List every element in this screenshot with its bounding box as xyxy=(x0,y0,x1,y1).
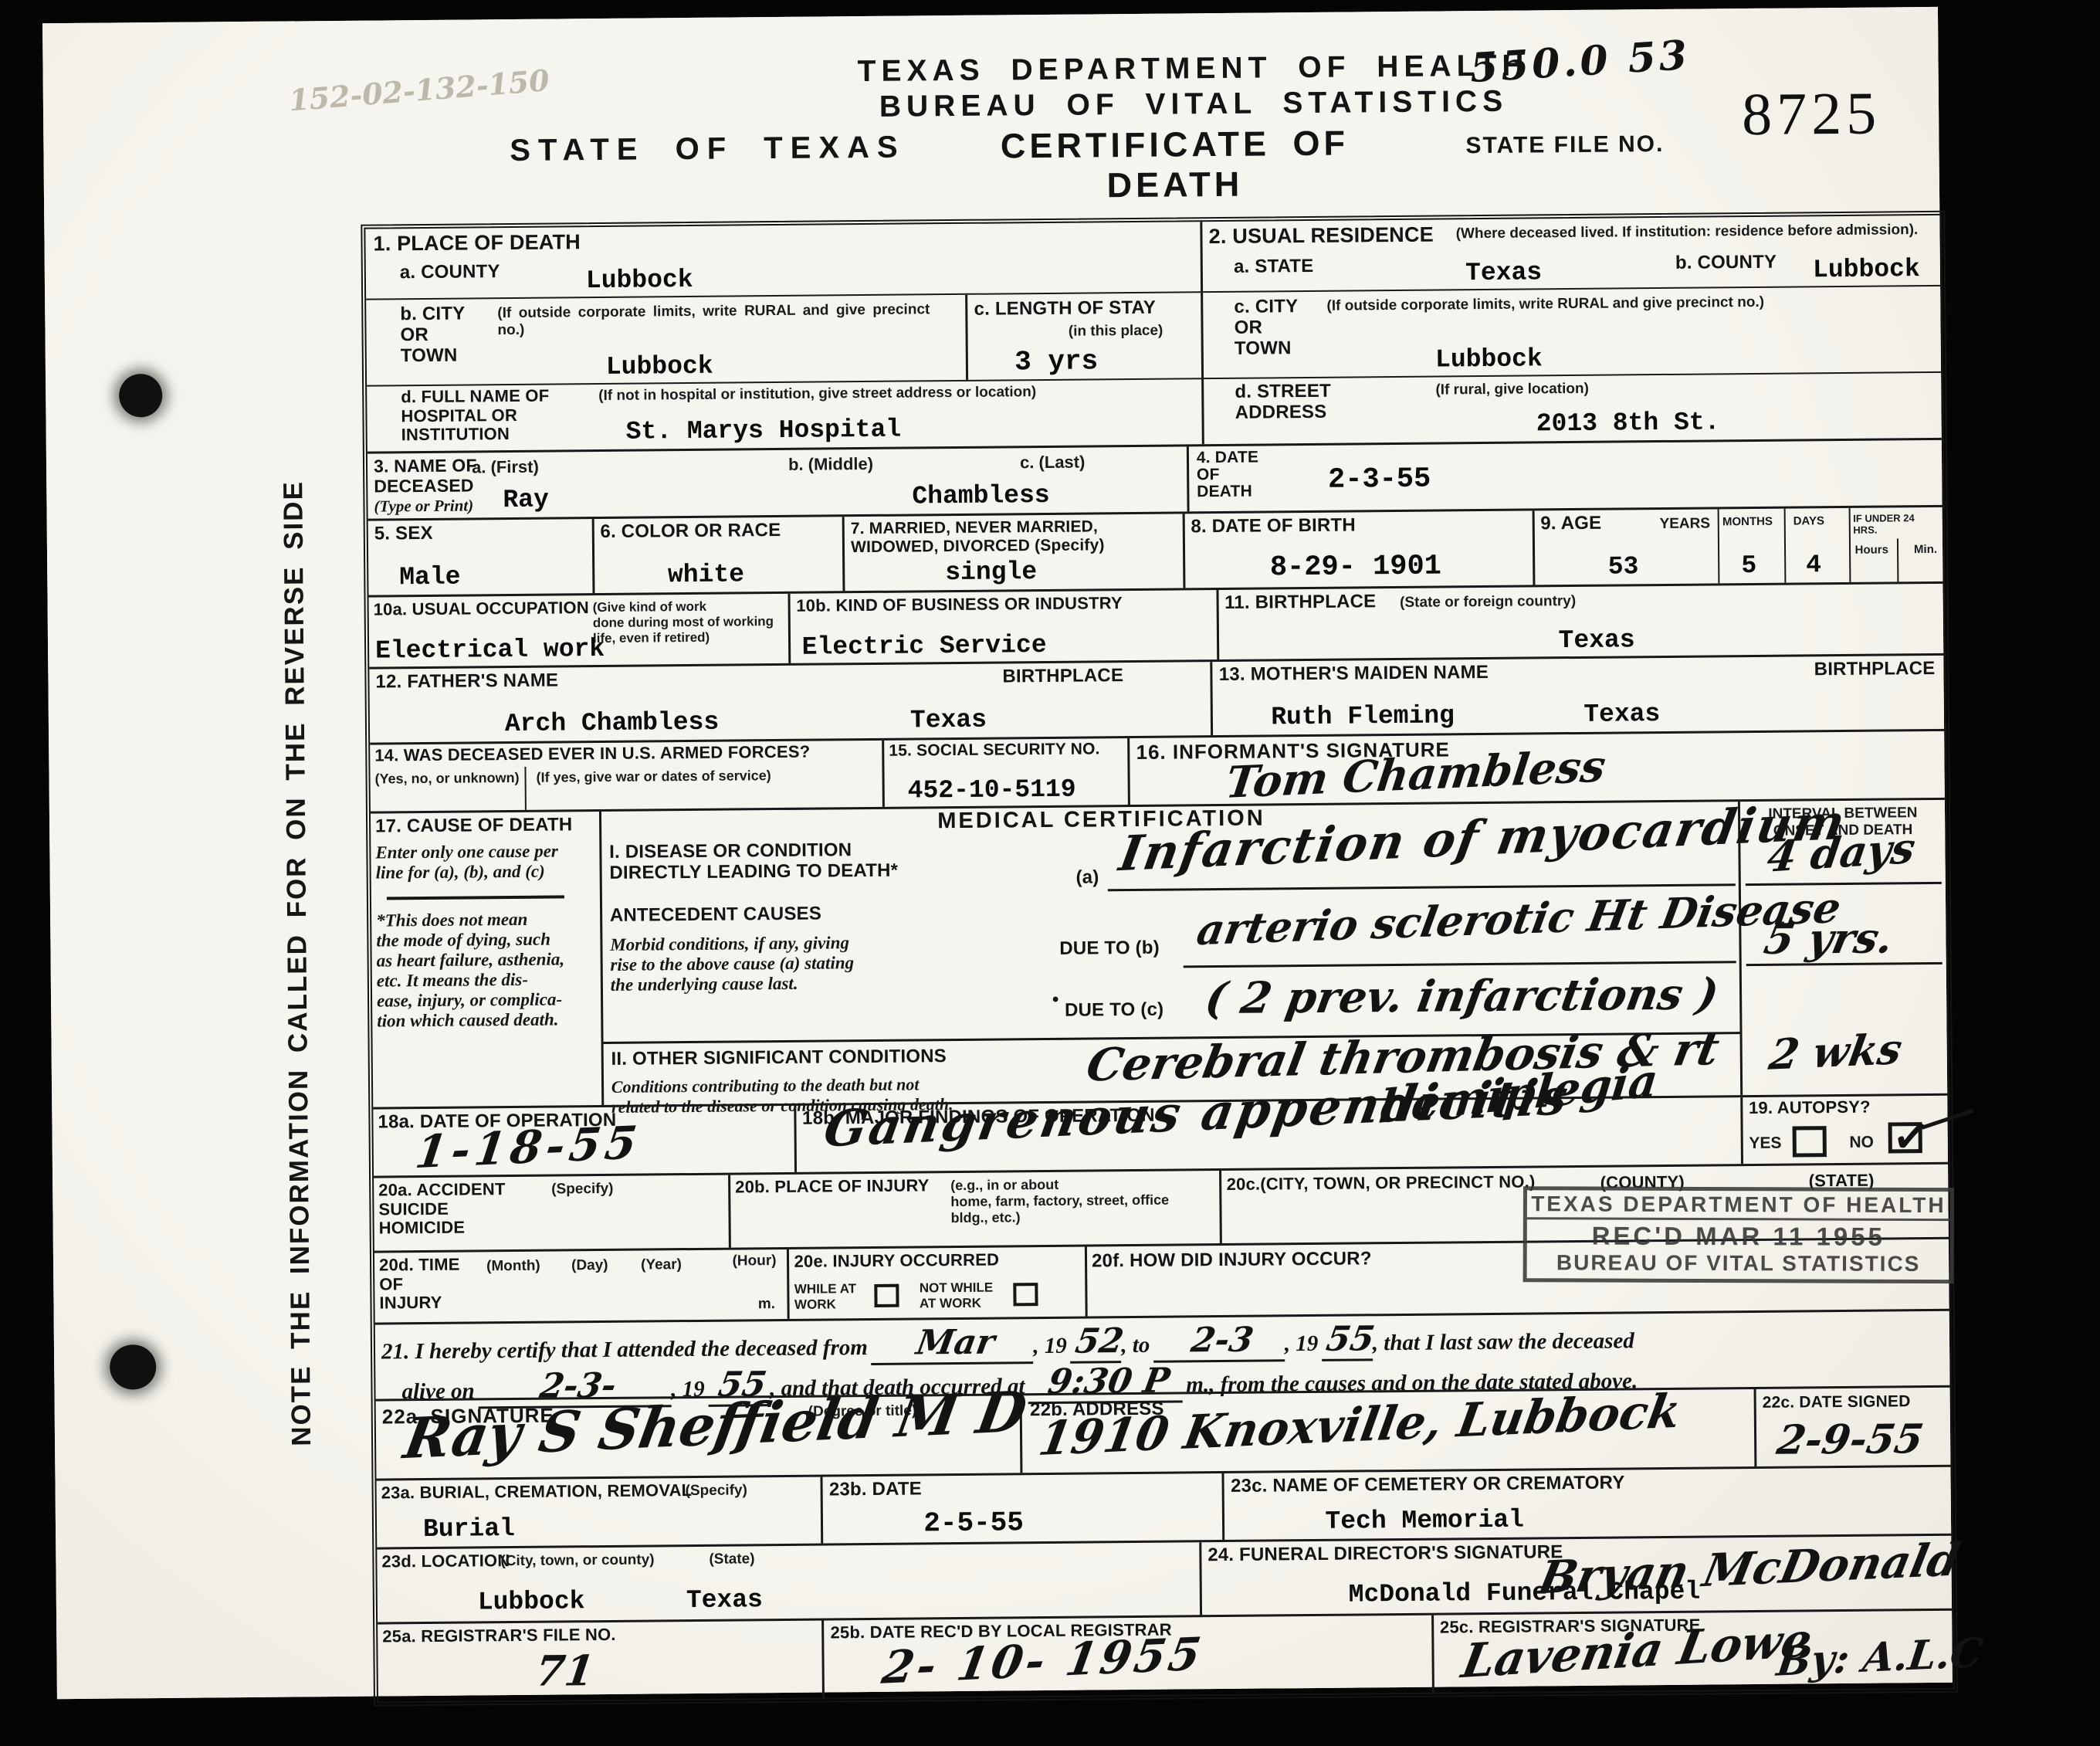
field-age-under-24: IF UNDER 24 HRS. Hours Min. xyxy=(1848,507,1943,582)
time-injury-year-label: (Year) xyxy=(641,1256,682,1274)
age-months-label: MONTHS xyxy=(1722,515,1773,529)
field-interval-onset-death: INTERVAL BETWEEN ONSET AND DEATH 4 days … xyxy=(1738,800,1949,1095)
time-injury-hour-label: (Hour) xyxy=(732,1253,776,1270)
field-autopsy: 19. AUTOPSY? YES NO ✓ xyxy=(1740,1096,1949,1164)
field-color-or-race: 6. COLOR OR RACE white xyxy=(591,517,842,593)
field-place-city: b. CITY OR TOWN (If outside corporate li… xyxy=(366,295,966,385)
interval-ii-value: 2 wks xyxy=(1766,1024,1905,1080)
field-residence-city: c. CITY OR TOWN (If outside corporate li… xyxy=(1203,286,1942,379)
place-injury-label: 20b. PLACE OF INJURY xyxy=(735,1176,930,1197)
place-city-paren: (If outside corporate limits, write RURA… xyxy=(497,301,930,340)
row-certify-statement: 21. I hereby certify that I attended the… xyxy=(375,1309,1951,1399)
place-of-death-title: 1. PLACE OF DEATH xyxy=(373,230,581,256)
row-demographics: 5. SEX Male 6. COLOR OR RACE white 7. MA… xyxy=(368,505,1944,595)
field-burial-date: 23b. DATE 2-5-55 xyxy=(821,1473,1223,1544)
field-birthplace: 11. BIRTHPLACE (State or foreign country… xyxy=(1216,584,1944,659)
cause-b-line xyxy=(1184,961,1736,968)
field-hospital-name: d. FULL NAME OF HOSPITAL OR INSTITUTION … xyxy=(367,379,1202,449)
place-city-label: b. CITY OR TOWN xyxy=(400,304,466,367)
occupation-value: Electrical work xyxy=(375,635,605,666)
field-street-address: d. STREET ADDRESS (If rural, give locati… xyxy=(1204,373,1942,442)
mother-name-value: Ruth Fleming xyxy=(1271,701,1455,731)
pencil-annotation: 152-02-132-150 xyxy=(288,63,551,117)
location-paren: (City, town, or county) xyxy=(500,1551,654,1570)
certificate-title: CERTIFICATE OF DEATH xyxy=(923,123,1426,208)
autopsy-yes-label: YES xyxy=(1749,1134,1781,1154)
department-line-2: BUREAU OF VITAL STATISTICS xyxy=(692,83,1695,126)
not-while-at-work-checkbox xyxy=(1014,1283,1038,1306)
birthplace-label: 11. BIRTHPLACE xyxy=(1224,592,1376,614)
field-time-of-injury: 20d. TIME OF INJURY (Month) (Day) (Year)… xyxy=(374,1249,787,1323)
certify-fill-to: 2-3 xyxy=(1153,1320,1285,1362)
last-name-label: c. (Last) xyxy=(1020,453,1086,473)
cause-of-death-label: 17. CAUSE OF DEATH xyxy=(375,815,572,837)
accident-paren: (Specify) xyxy=(551,1181,613,1198)
how-injury-label: 20f. HOW DID INJURY OCCUR? xyxy=(1092,1249,1372,1272)
length-of-stay-value: 3 yrs xyxy=(1014,345,1098,378)
while-at-work-checkbox xyxy=(875,1284,899,1307)
field-place-of-death: 1. PLACE OF DEATH a. COUNTY Lubbock b. C… xyxy=(365,222,1202,451)
field-place-of-injury: 20b. PLACE OF INJURY (e.g., in or about … xyxy=(728,1171,1220,1248)
mother-birthplace-label: BIRTHPLACE xyxy=(1814,659,1936,680)
residence-state-label: a. STATE xyxy=(1234,256,1314,278)
industry-label: 10b. KIND OF BUSINESS OR INDUSTRY xyxy=(796,594,1123,615)
cause-a-tag: (a) xyxy=(1075,867,1099,888)
autopsy-no-label: NO xyxy=(1849,1134,1874,1153)
marital-value: single xyxy=(945,558,1037,587)
cause-c-tag: DUE TO (c) xyxy=(1065,1000,1163,1022)
registrar-by-value: By: A.L.C xyxy=(1774,1629,1986,1686)
cemetery-label: 23c. NAME OF CEMETERY OR CREMATORY xyxy=(1231,1473,1625,1497)
ssn-label: 15. SOCIAL SECURITY NO. xyxy=(889,740,1100,760)
cause-c-value: ( 2 prev. infarctions ) xyxy=(1201,968,1722,1024)
cause-note1: Enter only one cause per line for (a), (… xyxy=(375,841,558,883)
autopsy-yes-checkbox xyxy=(1792,1126,1826,1157)
street-address-paren: (If rural, give location) xyxy=(1435,381,1589,399)
certificate-form: 1. PLACE OF DEATH a. COUNTY Lubbock b. C… xyxy=(361,211,1958,1707)
certify-fill-fromyear: 52 xyxy=(1070,1321,1121,1364)
burial-date-label: 23b. DATE xyxy=(829,1479,922,1500)
certify-to-value: 2-3 xyxy=(1188,1321,1256,1361)
field-accident-suicide-homicide: 20a. ACCIDENT SUICIDE HOMICIDE (Specify) xyxy=(374,1175,729,1251)
field-burial-type: 23a. BURIAL, CREMATION, REMOVAL (Specify… xyxy=(377,1477,821,1548)
field-cause-of-death-notes: 17. CAUSE OF DEATH Enter only one cause … xyxy=(371,812,601,1107)
burial-value: Burial xyxy=(423,1514,515,1544)
time-injury-day-label: (Day) xyxy=(571,1257,608,1275)
ssn-value: 452-10-5119 xyxy=(908,775,1076,805)
time-injury-m-label: m. xyxy=(758,1296,775,1314)
hole-punch-bottom xyxy=(110,1344,157,1390)
time-injury-label: 20d. TIME OF INJURY xyxy=(379,1256,460,1314)
burial-date-value: 2-5-55 xyxy=(923,1507,1024,1539)
age-min-label: Min. xyxy=(1914,543,1937,557)
cause-note2: *This does not mean the mode of dying, s… xyxy=(376,909,565,1031)
field-armed-forces: 14. WAS DECEASED EVER IN U.S. ARMED FORC… xyxy=(370,741,882,812)
field-usual-occupation: 10a. USUAL OCCUPATION (Give kind of work… xyxy=(369,594,788,667)
certify-text-3: , to xyxy=(1121,1333,1150,1358)
field-length-of-stay: c. LENGTH OF STAY (in this place) 3 yrs xyxy=(965,293,1201,380)
armed-forces-label: 14. WAS DECEASED EVER IN U.S. ARMED FORC… xyxy=(374,743,810,766)
field-registrar-date: 25b. DATE REC'D BY LOCAL REGISTRAR 2- 10… xyxy=(821,1615,1431,1698)
first-name-value: Ray xyxy=(503,486,549,515)
certify-text-2: , 19 xyxy=(1033,1334,1067,1358)
certify-time-value: 9:30 P xyxy=(1045,1361,1173,1402)
father-birthplace-value: Texas xyxy=(910,706,987,735)
field-registrar-signature: 25c. REGISTRAR'S SIGNATURE Lavenia Lowe … xyxy=(1431,1611,1953,1693)
field-physician-signature: 22a. SIGNATURE (Degree or title) Ray S S… xyxy=(376,1395,1021,1478)
street-address-value: 2013 8th St. xyxy=(1536,408,1720,438)
street-address-label: d. STREET ADDRESS xyxy=(1235,381,1331,424)
age-days-value: 4 xyxy=(1806,551,1821,579)
occupation-label: 10a. USUAL OCCUPATION xyxy=(374,598,589,619)
stamp-line-3: BUREAU OF VITAL STATISTICS xyxy=(1527,1250,1950,1276)
race-label: 6. COLOR OR RACE xyxy=(600,520,781,543)
race-value: white xyxy=(668,560,744,589)
dob-value: 8-29- 1901 xyxy=(1270,551,1441,585)
marital-label: 7. MARRIED, NEVER MARRIED, WIDOWED, DIVO… xyxy=(851,517,1105,556)
field-registrar-file-no: 25a. REGISTRAR'S FILE NO. 71 xyxy=(378,1621,822,1702)
age-hours-label: Hours xyxy=(1855,543,1888,557)
certify-fill-from: Mar xyxy=(871,1322,1033,1365)
registrar-file-label: 25a. REGISTRAR'S FILE NO. xyxy=(382,1626,616,1646)
location-state-value: Texas xyxy=(686,1585,763,1615)
cause-b-tag: DUE TO (b) xyxy=(1059,938,1160,960)
residence-city-paren: (If outside corporate limits, write RURA… xyxy=(1326,293,1882,315)
morbid-conditions-note: Morbid conditions, if any, giving rise t… xyxy=(610,933,854,995)
mother-birthplace-value: Texas xyxy=(1583,700,1660,729)
armed-forces-paren1: (Yes, no, or unknown) xyxy=(374,770,519,788)
place-city-value: Lubbock xyxy=(606,352,713,381)
certify-fill-time: 9:30 P xyxy=(1028,1361,1183,1404)
father-birthplace-label: BIRTHPLACE xyxy=(1002,666,1123,687)
autopsy-label: 19. AUTOPSY? xyxy=(1749,1098,1871,1118)
registrar-file-value: 71 xyxy=(533,1646,598,1696)
field-mother-name: 13. MOTHER'S MAIDEN NAME BIRTHPLACE Ruth… xyxy=(1211,656,1945,735)
certify-toyear-value: 55 xyxy=(1323,1319,1377,1359)
burial-label: 23a. BURIAL, CREMATION, REMOVAL xyxy=(381,1481,693,1503)
age-under24-label: IF UNDER 24 HRS. xyxy=(1853,512,1938,537)
accident-label: 20a. ACCIDENT SUICIDE HOMICIDE xyxy=(378,1180,506,1238)
certify-from-value: Mar xyxy=(913,1323,997,1363)
industry-value: Electric Service xyxy=(802,631,1047,662)
occupation-paren: (Give kind of work done during most of w… xyxy=(593,598,787,646)
age-label: 9. AGE xyxy=(1540,514,1601,535)
sex-label: 5. SEX xyxy=(374,524,433,545)
residence-city-value: Lubbock xyxy=(1435,344,1543,374)
field-business-industry: 10b. KIND OF BUSINESS OR INDUSTRY Electr… xyxy=(787,590,1217,663)
father-name-label: 12. FATHER'S NAME xyxy=(375,670,558,693)
field-injury-occurred: 20e. INJURY OCCURRED WHILE AT WORK NOT W… xyxy=(787,1247,1085,1319)
place-county-label: a. COUNTY xyxy=(400,262,500,283)
cause-c-dot: • xyxy=(1052,990,1059,1011)
row-place-residence: 1. PLACE OF DEATH a. COUNTY Lubbock b. C… xyxy=(365,215,1942,452)
field-certify-statement: 21. I hereby certify that I attended the… xyxy=(375,1311,1951,1399)
middle-name-label: b. (Middle) xyxy=(788,454,873,475)
not-while-at-work-label: NOT WHILE AT WORK xyxy=(920,1280,994,1312)
name-type-or-print: (Type or Print) xyxy=(374,496,473,516)
age-days-label: DAYS xyxy=(1793,514,1824,528)
stamp-line-1: TEXAS DEPARTMENT OF HEALTH xyxy=(1527,1190,1950,1221)
certify-fromyear-value: 52 xyxy=(1072,1321,1126,1361)
certify-text-4: , 19 xyxy=(1285,1331,1319,1356)
usual-residence-paren: (Where deceased lived. If institution: r… xyxy=(1456,222,1919,243)
time-injury-month-label: (Month) xyxy=(486,1258,540,1276)
other-significant-label: II. OTHER SIGNIFICANT CONDITIONS xyxy=(611,1046,947,1070)
last-name-value: Chambless xyxy=(912,481,1050,511)
certify-fill-toyear: 55 xyxy=(1321,1319,1372,1361)
hospital-paren: (If not in hospital or institution, give… xyxy=(598,383,1139,405)
place-county-value: Lubbock xyxy=(586,266,693,295)
certify-text-5: , that I last saw the deceased xyxy=(1373,1328,1634,1355)
hole-punch-top xyxy=(119,374,162,417)
mother-name-label: 13. MOTHER'S MAIDEN NAME xyxy=(1219,663,1489,686)
field-age-years: 9. AGE YEARS 53 xyxy=(1532,509,1719,585)
residence-county-value: Lubbock xyxy=(1813,255,1920,284)
film-scan-background: 152-02-132-150 TEXAS DEPARTMENT OF HEALT… xyxy=(0,0,2100,1746)
field-date-signed: 22c. DATE SIGNED 2-9-55 xyxy=(1754,1388,1952,1466)
field-funeral-director: 24. FUNERAL DIRECTOR'S SIGNATURE McDonal… xyxy=(1199,1536,1953,1615)
field-sex: 5. SEX Male xyxy=(368,519,592,595)
date-of-death-label: 4. DATE OF DEATH xyxy=(1197,449,1259,501)
age-years-value: 53 xyxy=(1608,552,1639,581)
usual-residence-title: 2. USUAL RESIDENCE xyxy=(1209,223,1434,249)
received-stamp: TEXAS DEPARTMENT OF HEALTH REC'D MAR 11 … xyxy=(1523,1186,1954,1283)
field-age-days: DAYS 4 xyxy=(1784,508,1849,583)
disease-condition-label: I. DISEASE OR CONDITION DIRECTLY LEADING… xyxy=(609,840,898,884)
interval-a-value: 4 days xyxy=(1764,823,1919,882)
funeral-director-signature: Bryan McDonald xyxy=(1534,1533,1965,1604)
interval-b-value: 5 yrs. xyxy=(1760,913,1897,964)
birthplace-value: Texas xyxy=(1558,626,1634,655)
injury-occurred-label: 20e. INJURY OCCURRED xyxy=(794,1251,999,1272)
field-residence-state-county: 2. USUAL RESIDENCE (Where deceased lived… xyxy=(1203,215,1942,293)
location-state-paren: (State) xyxy=(709,1551,754,1568)
cause-note-rule xyxy=(387,895,564,900)
residence-state-value: Texas xyxy=(1465,258,1542,287)
armed-forces-paren2: (If yes, give war or dates of service) xyxy=(536,768,771,786)
row-registrar: 25a. REGISTRAR'S FILE NO. 71 25b. DATE R… xyxy=(378,1609,1953,1702)
burial-paren: (Specify) xyxy=(686,1482,747,1500)
state-of-texas-heading: STATE OF TEXAS xyxy=(476,130,939,168)
date-signed-value: 2-9-55 xyxy=(1773,1415,1926,1464)
stamp-line-2: REC'D MAR 11 1955 xyxy=(1527,1219,1950,1252)
row-medical-certification: 17. CAUSE OF DEATH Enter only one cause … xyxy=(371,798,1948,1107)
first-name-label: a. (First) xyxy=(472,457,539,478)
injury-city-label: 20c.(CITY, TOWN, OR PRECINCT NO.) xyxy=(1227,1172,1536,1194)
autopsy-no-checkmark-icon: ✓ xyxy=(1890,1109,1932,1165)
margin-note-vertical: NOTE THE INFORMATION CALLED FOR ON THE R… xyxy=(278,446,318,1480)
field-marital-status: 7. MARRIED, NEVER MARRIED, WIDOWED, DIVO… xyxy=(842,514,1183,591)
field-cemetery-name: 23c. NAME OF CEMETERY OR CREMATORY Tech … xyxy=(1222,1467,1952,1540)
antecedent-causes-label: ANTECEDENT CAUSES xyxy=(610,904,821,927)
cemetery-value: Tech Memorial xyxy=(1325,1506,1524,1536)
field-date-of-birth: 8. DATE OF BIRTH 8-29- 1901 xyxy=(1182,510,1533,588)
field-date-of-operation: 18a. DATE OF OPERATION 1-18-55 xyxy=(373,1106,794,1176)
state-file-number: 8725 xyxy=(1742,79,1882,150)
date-operation-value: 1-18-55 xyxy=(412,1116,645,1178)
dob-label: 8. DATE OF BIRTH xyxy=(1191,515,1356,537)
field-burial-location: 23d. LOCATION (City, town, or county) (S… xyxy=(377,1542,1200,1622)
place-injury-paren: (e.g., in or about home, farm, factory, … xyxy=(950,1175,1206,1227)
age-months-value: 5 xyxy=(1741,551,1756,580)
hospital-label: d. FULL NAME OF HOSPITAL OR INSTITUTION xyxy=(401,387,550,446)
birthplace-paren: (State or foreign country) xyxy=(1400,593,1576,612)
field-medical-certification: MEDICAL CERTIFICATION I. DISEASE OR COND… xyxy=(599,802,1740,1105)
field-usual-residence: 2. USUAL RESIDENCE (Where deceased lived… xyxy=(1201,215,1942,444)
field-ssn: 15. SOCIAL SECURITY NO. 452-10-5119 xyxy=(882,738,1128,807)
father-name-value: Arch Chambless xyxy=(505,708,720,738)
date-of-death-value: 2-3-55 xyxy=(1328,463,1431,497)
field-father-name: 12. FATHER'S NAME BIRTHPLACE Arch Chambl… xyxy=(369,662,1211,743)
certify-text-1: 21. I hereby certify that I attended the… xyxy=(381,1335,868,1364)
while-at-work-label: WHILE AT WORK xyxy=(794,1281,857,1313)
field-place-county: 1. PLACE OF DEATH a. COUNTY Lubbock xyxy=(365,222,1201,300)
state-file-no-label: STATE FILE NO. xyxy=(1465,131,1664,159)
certificate-paper: 152-02-132-150 TEXAS DEPARTMENT OF HEALT… xyxy=(42,7,1953,1699)
name-title: 3. NAME OF DECEASED xyxy=(374,456,477,497)
certify-text-6: alive on xyxy=(401,1378,475,1404)
location-label: 23d. LOCATION xyxy=(381,1551,510,1571)
armed-forces-divider xyxy=(524,767,526,810)
row-location-director: 23d. LOCATION (City, town, or county) (S… xyxy=(377,1534,1953,1622)
hospital-value: St. Marys Hospital xyxy=(626,415,902,446)
length-of-stay-label: c. LENGTH OF STAY xyxy=(974,298,1167,320)
funeral-director-label: 24. FUNERAL DIRECTOR'S SIGNATURE xyxy=(1207,1542,1563,1566)
field-name-of-deceased: 3. NAME OF DECEASED (Type or Print) a. (… xyxy=(367,446,1187,518)
age-under24-divider xyxy=(1897,538,1898,581)
row-parents: 12. FATHER'S NAME BIRTHPLACE Arch Chambl… xyxy=(369,653,1945,743)
residence-city-label: c. CITY OR TOWN xyxy=(1234,297,1298,359)
field-date-of-death: 4. DATE OF DEATH 2-3-55 xyxy=(1187,440,1943,512)
age-years-label: YEARS xyxy=(1659,515,1710,533)
residence-county-label: b. COUNTY xyxy=(1675,253,1777,274)
field-informant-signature: 16. INFORMANT'S SIGNATURE Tom Chambless xyxy=(1127,731,1945,805)
length-of-stay-paren: (in this place) xyxy=(1069,323,1163,341)
sex-value: Male xyxy=(399,563,461,592)
field-age-months: MONTHS 5 xyxy=(1718,509,1785,584)
row-occupation: 10a. USUAL OCCUPATION (Give kind of work… xyxy=(368,581,1944,667)
location-city-value: Lubbock xyxy=(478,1587,585,1616)
field-place-city-row: b. CITY OR TOWN (If outside corporate li… xyxy=(366,293,1201,386)
